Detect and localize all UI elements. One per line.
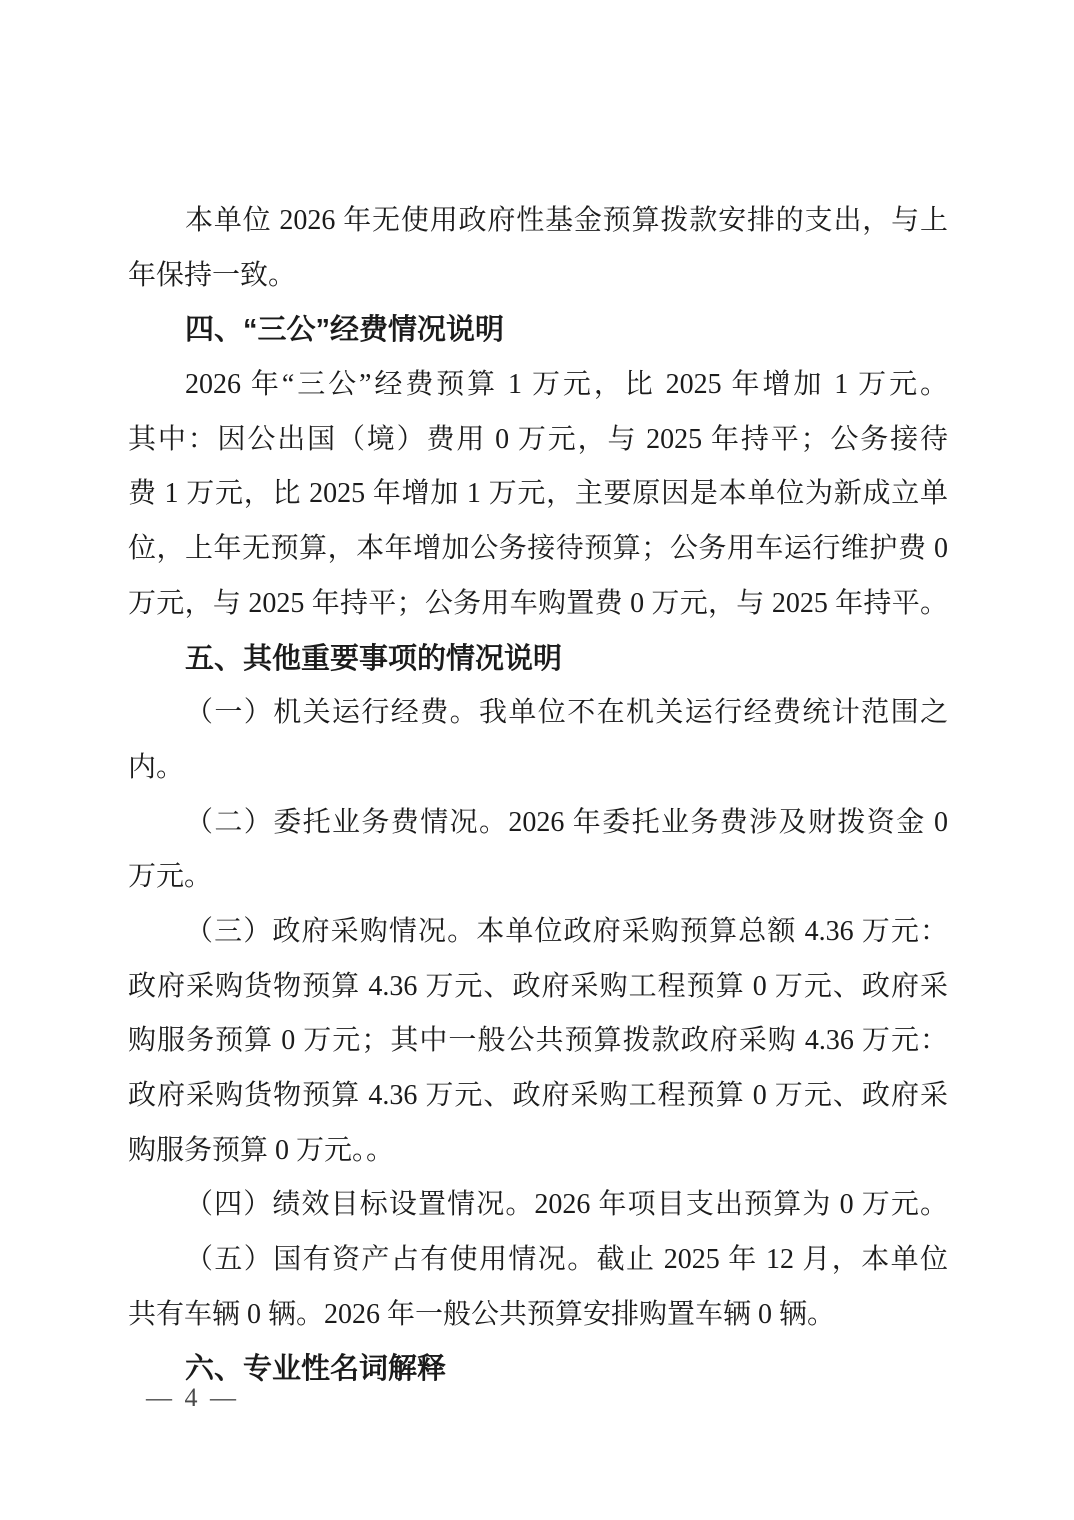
para-item-2-entrusted-business-line-2: 万元。 (128, 850, 948, 905)
para-item-3-gov-procurement-line-5: 购服务预算 0 万元。。 (128, 1124, 948, 1179)
para-item-5-state-assets-line-2: 共有车辆 0 辆。2026 年一般公共预算安排购置车辆 0 辆。 (128, 1288, 948, 1343)
para-item-3-gov-procurement-line-4: 政府采购货物预算 4.36 万元、政府采购工程预算 0 万元、政府采 (128, 1069, 948, 1124)
para-three-public-line-3: 费 1 万元，比 2025 年增加 1 万元，主要原因是本单位为新成立单 (128, 467, 948, 522)
para-gov-fund-line-2: 年保持一致。 (128, 249, 948, 304)
para-gov-fund-line-1: 本单位 2026 年无使用政府性基金预算拨款安排的支出，与上 (128, 194, 948, 249)
document-page: 本单位 2026 年无使用政府性基金预算拨款安排的支出，与上 年保持一致。 四、… (0, 0, 1074, 1520)
heading-section-5-other-important-matters: 五、其他重要事项的情况说明 (128, 632, 948, 687)
para-three-public-line-1: 2026 年“三公”经费预算 1 万元，比 2025 年增加 1 万元。 (128, 358, 948, 413)
page-number-footer: — 4 — (146, 1381, 239, 1415)
heading-section-4-three-public-funds: 四、“三公”经费情况说明 (128, 303, 948, 358)
para-item-2-entrusted-business-line-1: （二）委托业务费情况。2026 年委托业务费涉及财拨资金 0 (128, 796, 948, 851)
para-item-3-gov-procurement-line-3: 购服务预算 0 万元；其中一般公共预算拨款政府采购 4.36 万元： (128, 1014, 948, 1069)
para-item-1-operating-expense-line-2: 内。 (128, 741, 948, 796)
para-three-public-line-2: 其中：因公出国（境）费用 0 万元，与 2025 年持平；公务接待 (128, 413, 948, 468)
para-item-4-performance-targets: （四）绩效目标设置情况。2026 年项目支出预算为 0 万元。 (128, 1178, 948, 1233)
para-item-3-gov-procurement-line-2: 政府采购货物预算 4.36 万元、政府采购工程预算 0 万元、政府采 (128, 960, 948, 1015)
para-three-public-line-5: 万元，与 2025 年持平；公务用车购置费 0 万元，与 2025 年持平。 (128, 577, 948, 632)
heading-section-6-terminology: 六、专业性名词解释 (128, 1342, 948, 1397)
text-column: 本单位 2026 年无使用政府性基金预算拨款安排的支出，与上 年保持一致。 四、… (128, 194, 948, 1397)
para-item-5-state-assets-line-1: （五）国有资产占有使用情况。截止 2025 年 12 月，本单位 (128, 1233, 948, 1288)
para-item-3-gov-procurement-line-1: （三）政府采购情况。本单位政府采购预算总额 4.36 万元： (128, 905, 948, 960)
para-three-public-line-4: 位，上年无预算，本年增加公务接待预算；公务用车运行维护费 0 (128, 522, 948, 577)
para-item-1-operating-expense-line-1: （一）机关运行经费。我单位不在机关运行经费统计范围之 (128, 686, 948, 741)
